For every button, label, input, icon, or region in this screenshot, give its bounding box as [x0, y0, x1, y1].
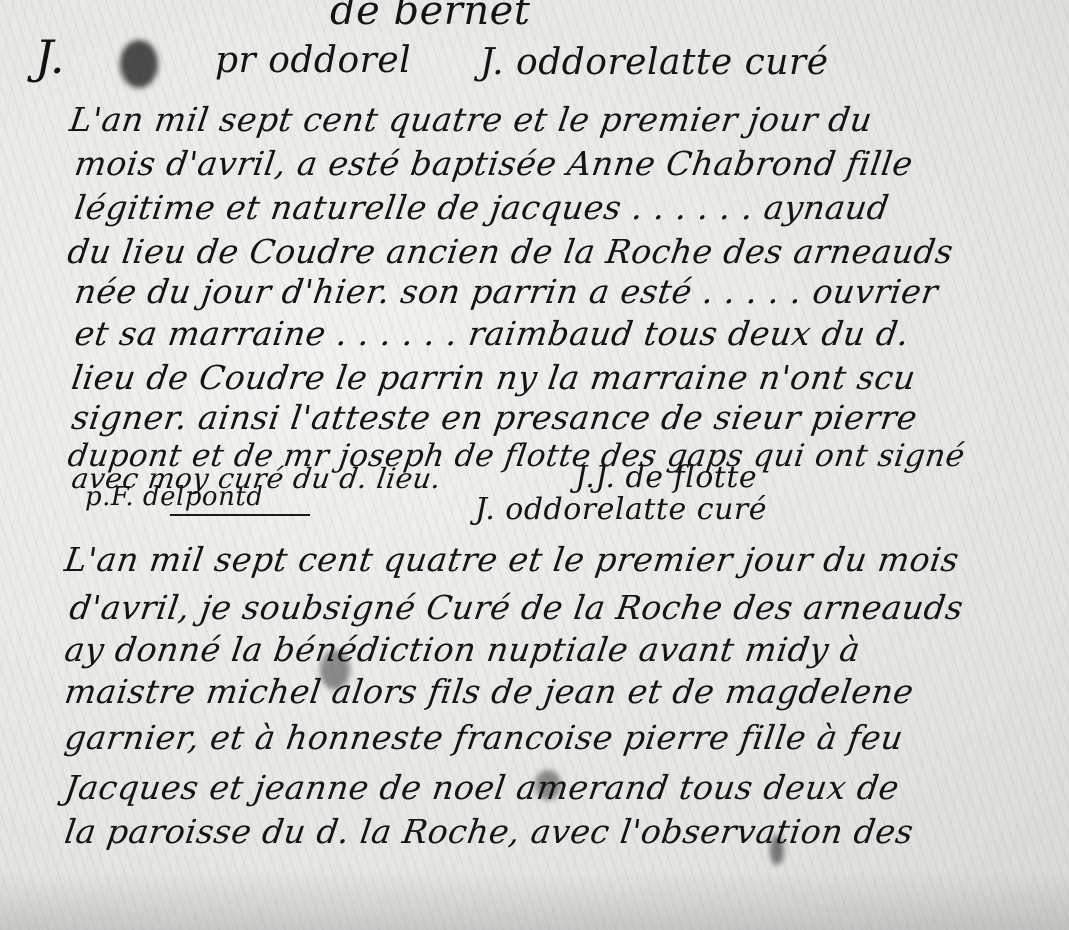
entry1-line: du lieu de Coudre ancien de la Roche des…	[65, 232, 956, 271]
entry2-line: d'avril, je soubsigné Curé de la Roche d…	[67, 588, 966, 627]
entry2-line: maistre michel alors fils de jean et de …	[62, 672, 916, 711]
entry1-line: L'an mil sept cent quatre et le premier …	[67, 100, 875, 139]
entry2-line: Jacques et jeanne de noel amerand tous d…	[62, 768, 902, 807]
ink-blot	[535, 770, 561, 800]
ink-blot	[320, 650, 350, 690]
signature-delpontd: p.F. delpontd	[85, 482, 263, 512]
signature-curate: J. oddorelatte curé	[475, 492, 767, 527]
entry1-line: légitime et naturelle de jacques . . . .…	[72, 188, 891, 227]
entry2-line: L'an mil sept cent quatre et le premier …	[62, 540, 961, 579]
entry1-line: née du jour d'hier. son parrin a esté . …	[72, 272, 940, 311]
marginal-name: pr oddorel	[215, 40, 411, 81]
entry2-line: ay donné la bénédiction nuptiale avant m…	[62, 630, 863, 669]
ink-blot	[120, 40, 158, 88]
signature-underline	[170, 514, 310, 516]
entry1-line: lieu de Coudre le parrin ny la marraine …	[69, 358, 918, 397]
entry1-line: mois d'avril, a esté baptisée Anne Chabr…	[72, 144, 915, 183]
header-title: de bernet	[330, 0, 530, 34]
manuscript-page: de bernet J. pr oddorel J. oddorelatte c…	[0, 0, 1069, 930]
ink-blot	[770, 835, 784, 865]
entry2-line: la paroisse du d. la Roche, avec l'obser…	[62, 812, 916, 851]
signature-de-flotte: J.J. de flotte	[575, 460, 757, 495]
entry1-line: et sa marraine . . . . . . raimbaud tous…	[72, 314, 912, 353]
header-signature: J. oddorelatte curé	[480, 42, 829, 83]
entry1-line: signer. ainsi l'atteste en presance de s…	[69, 398, 920, 437]
margin-mark: J.	[35, 30, 65, 84]
entry2-line: garnier, et à honneste francoise pierre …	[62, 718, 905, 757]
page-edge-stain	[0, 870, 1069, 930]
